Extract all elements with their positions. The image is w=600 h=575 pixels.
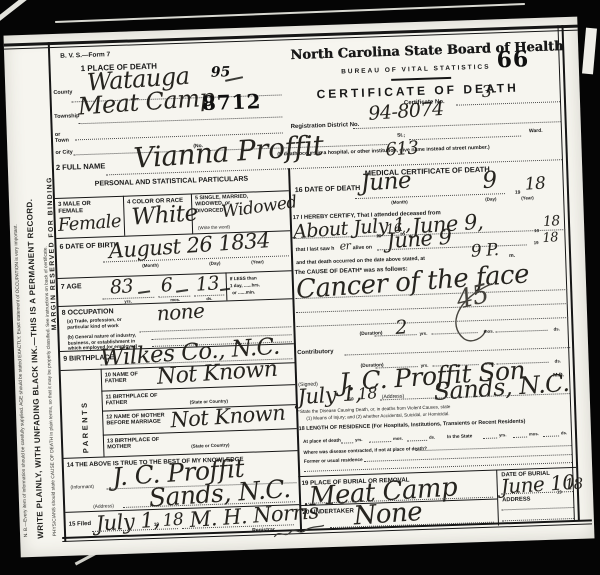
dotted-leader — [341, 442, 353, 443]
death-time-value: 9 P. — [470, 242, 499, 261]
year-prefix: 19 — [349, 396, 354, 401]
death-occurred-label: and that death occurred on the date abov… — [296, 256, 425, 266]
burial-year-value: 18 — [564, 476, 583, 492]
year-prefix: 19 — [515, 191, 521, 197]
signed-year-value: 18 — [357, 385, 377, 402]
month-hint: (Month) — [391, 199, 408, 205]
age-days-value: 13 — [195, 274, 219, 295]
certificate-number-stamp: 8712 — [202, 91, 262, 113]
filed-year-prefix: 19 — [154, 523, 160, 529]
bureau-subtitle: BUREAU OF VITAL STATISTICS — [316, 63, 516, 77]
signed-address-value: Sands, N.C. — [433, 371, 570, 404]
day-hint: (Day) — [209, 261, 220, 267]
father-name-label: 10 NAME OF FATHER — [105, 371, 157, 386]
death-certificate-document: N. B.—Every item of information should b… — [4, 17, 595, 558]
race-value: White — [131, 202, 199, 229]
informant-hint: (Informant) — [70, 485, 94, 491]
yrs-unit-label: yrs. — [499, 433, 507, 438]
date-of-death-month: June — [360, 169, 412, 195]
meridiem-label: m. — [509, 253, 515, 259]
dotted-leader — [496, 330, 548, 333]
pen-flourish — [426, 279, 502, 345]
microfilm-scan-background: N. B.—Every item of information should b… — [0, 0, 600, 575]
certificate-no-label: Certificate No. — [404, 99, 445, 107]
day-hint: (Day) — [485, 196, 496, 202]
mother-birthplace-label: 13 BIRTHPLACE OF MOTHER — [107, 437, 165, 452]
dotted-leader — [139, 326, 291, 332]
date-of-death-label: 16 DATE OF DEATH — [295, 185, 361, 195]
county-code-stamp: 95 — [211, 65, 231, 80]
contributory-label: Contributory — [297, 349, 334, 357]
filed-label: 15 Filed — [69, 521, 92, 529]
mother-name-label: 12 NAME OF MOTHER BEFORE MARRIAGE — [106, 412, 174, 427]
mother-birthplace-hint: (State or Country) — [191, 442, 229, 449]
ds-unit-label: ds. — [561, 431, 567, 436]
burial-address-label: ADDRESS — [502, 496, 531, 504]
last-saw-year: 18 — [542, 231, 558, 245]
age-less-line1: If LESS than — [230, 275, 257, 281]
street-number-value: 613 — [385, 139, 419, 159]
month-hint: (Month) — [142, 263, 159, 269]
pen-stroke — [176, 289, 188, 292]
age-months-value: 6 — [160, 276, 173, 296]
pen-stroke — [138, 290, 150, 293]
mother-name-value: Not Known — [170, 403, 286, 432]
rule-line — [391, 77, 451, 81]
dotted-leader — [483, 438, 497, 439]
in-state-label: In the State — [447, 433, 472, 439]
occupation-a-label: (a) Trade, profession, or particular kin… — [67, 317, 139, 331]
township-value: Meat Camp — [77, 85, 215, 118]
dotted-leader — [407, 440, 427, 442]
or-city-label: or City — [55, 149, 75, 156]
filed-year-value: 18 — [162, 512, 184, 530]
dotted-leader — [409, 136, 521, 141]
age-label: 7 AGE — [61, 283, 82, 292]
date-of-death-day: 9 — [482, 169, 498, 193]
marital-hint: (Write the word) — [198, 224, 230, 230]
dotted-leader — [369, 441, 391, 443]
township-label: Township — [54, 113, 79, 120]
yrs-unit-label: yrs. — [420, 331, 428, 336]
occupation-a-value: none — [156, 300, 205, 323]
yrs-unit-label: yrs. — [355, 438, 363, 443]
ds-unit-label: ds. — [429, 436, 435, 441]
dotted-leader — [513, 437, 527, 438]
sex-value: Female — [57, 213, 121, 235]
dotted-leader — [344, 347, 570, 355]
mos-unit-label: mos. — [393, 437, 403, 442]
dotted-leader — [456, 101, 560, 105]
ward-label: Ward. — [529, 129, 543, 135]
age-less-line2: 1 day, ......hrs. — [230, 282, 260, 288]
last-saw-label: that I last saw h — [296, 246, 335, 253]
date-of-death-year: 18 — [524, 175, 546, 193]
age-years-value: 83 — [109, 277, 133, 298]
personal-section-title: PERSONAL AND STATISTICAL PARTICULARS — [54, 174, 288, 190]
cell-divider — [225, 272, 227, 300]
year-hint: (Year) — [251, 259, 264, 265]
form-number-label: B. V. S.—Form 7 — [60, 51, 110, 60]
mos-unit-label: mos. — [529, 432, 539, 437]
attended-to-year: 18 — [543, 214, 561, 229]
year-prefix: 19 — [534, 240, 539, 245]
at-place-label: At place of death — [303, 438, 341, 445]
registrar-label: Registrar. — [252, 527, 276, 534]
year-hint: (Year) — [521, 195, 534, 201]
or-town-label: or Town — [55, 131, 75, 145]
page-number-stamp: 66 — [496, 48, 529, 71]
cell-divider — [123, 196, 125, 236]
ds-unit-label: ds. — [555, 358, 562, 363]
former-residence-label: Former or usual residence — [304, 457, 363, 464]
film-streak — [0, 0, 43, 21]
contracted-label: Where was disease contracted, if not at … — [303, 446, 427, 456]
parents-label: PARENTS — [79, 373, 91, 453]
dotted-leader — [502, 518, 574, 521]
father-birthplace-label: 11 BIRTHPLACE OF FATHER — [105, 393, 163, 408]
dotted-leader — [543, 435, 559, 437]
dotted-leader — [415, 445, 571, 451]
dotted-leader — [364, 454, 572, 462]
full-name-label: 2 FULL NAME — [56, 162, 106, 172]
undertaker-label: 20 UNDERTAKER — [302, 507, 354, 516]
mos-unit-label: mos. — [483, 329, 493, 335]
county-label: County — [53, 89, 72, 96]
film-streak — [582, 28, 597, 75]
full-name-value: Vianna Proffit — [133, 132, 325, 173]
last-saw-pronoun: er — [339, 240, 351, 252]
cell-divider — [496, 470, 499, 526]
certificate-form: B. V. S.—Form 7 1 PLACE OF DEATH County … — [50, 31, 578, 540]
occupation-label: 8 OCCUPATION — [62, 308, 114, 318]
cell-divider — [101, 369, 105, 457]
father-name-value: Not Known — [156, 359, 278, 389]
dotted-leader — [501, 507, 573, 510]
age-less-line3: or ......min. — [232, 289, 255, 295]
alive-on-label: alive on — [353, 245, 373, 252]
ds-unit-label: ds. — [553, 326, 560, 331]
